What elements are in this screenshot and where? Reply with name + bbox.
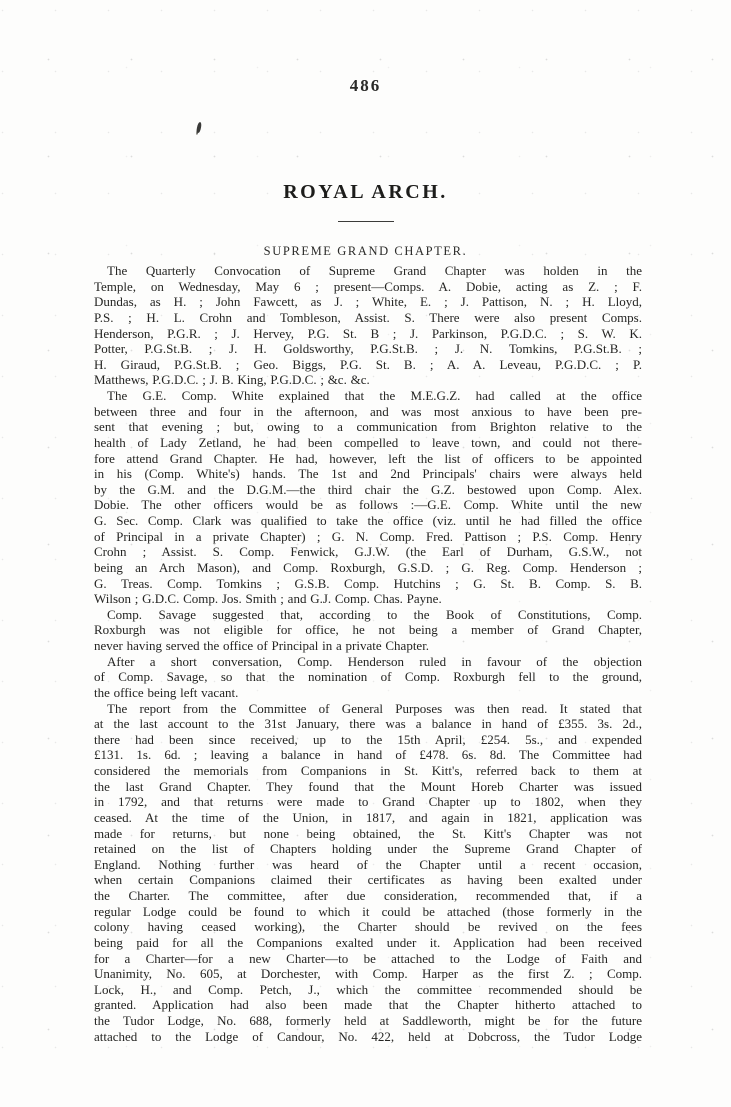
text-line: granted. Application had also been made … <box>94 997 642 1013</box>
body-text: The Quarterly Convocation of Supreme Gra… <box>94 263 642 1044</box>
text-line: being an Arch Mason), and Comp. Roxburgh… <box>94 560 642 576</box>
text-line: H. Giraud, P.G.St.B. ; Geo. Biggs, P.G. … <box>94 357 642 373</box>
text-line: Matthews, P.G.D.C. ; J. B. King, P.G.D.C… <box>94 372 642 388</box>
text-line: Potter, P.G.St.B. ; J. H. Goldsworthy, P… <box>94 341 642 357</box>
text-line: in his (Comp. White's) hands. The 1st an… <box>94 466 642 482</box>
text-line: in 1792, and that returns were made to G… <box>94 794 642 810</box>
text-line: ceased. At the time of the Union, in 181… <box>94 810 642 826</box>
text-line: attached to the Lodge of Candour, No. 42… <box>94 1029 642 1045</box>
text-line: The G.E. Comp. White explained that the … <box>94 388 642 404</box>
text-line: considered the memorials from Companions… <box>94 763 642 779</box>
text-line: Dundas, as H. ; John Fawcett, as J. ; Wh… <box>94 294 642 310</box>
text-line: between three and four in the afternoon,… <box>94 404 642 420</box>
text-line: the Charter. The committee, after due co… <box>94 888 642 904</box>
text-line: £131. 1s. 6d. ; leaving a balance in han… <box>94 747 642 763</box>
text-line: After a short conversation, Comp. Hender… <box>94 654 642 670</box>
text-line: at the last account to the 31st January,… <box>94 716 642 732</box>
text-line: Unanimity, No. 605, at Dorchester, with … <box>94 966 642 982</box>
text-line: The Quarterly Convocation of Supreme Gra… <box>94 263 642 279</box>
text-line: made for returns, but none being obtaine… <box>94 826 642 842</box>
text-line: The report from the Committee of General… <box>94 701 642 717</box>
paragraph: The G.E. Comp. White explained that the … <box>94 388 642 607</box>
paragraph: After a short conversation, Comp. Hender… <box>94 654 642 701</box>
text-line: when certain Companions claimed their ce… <box>94 872 642 888</box>
ink-speck <box>196 122 201 133</box>
page-number: 486 <box>0 76 731 96</box>
text-line: the last Grand Chapter. They found that … <box>94 779 642 795</box>
text-line: for a Charter—for a new Charter—to be at… <box>94 951 642 967</box>
text-line: Temple, on Wednesday, May 6 ; present—Co… <box>94 279 642 295</box>
text-line: Wilson ; G.D.C. Comp. Jos. Smith ; and G… <box>94 591 642 607</box>
text-line: G. Sec. Comp. Clark was qualified to tak… <box>94 513 642 529</box>
scanned-document-page: 486 ROYAL ARCH. SUPREME GRAND CHAPTER. T… <box>0 0 731 1107</box>
text-line: England. Nothing further was heard of th… <box>94 857 642 873</box>
text-line: P.S. ; H. L. Crohn and Tombleson, Assist… <box>94 310 642 326</box>
paragraph: The Quarterly Convocation of Supreme Gra… <box>94 263 642 388</box>
text-line: colony having ceased working), the Chart… <box>94 919 642 935</box>
text-line: Dobie. The other officers would be as fo… <box>94 497 642 513</box>
text-line: fore attend Grand Chapter. He had, howev… <box>94 451 642 467</box>
text-line: retained on the list of Chapters holding… <box>94 841 642 857</box>
text-line: the office being left vacant. <box>94 685 642 701</box>
text-line: G. Treas. Comp. Tomkins ; G.S.B. Comp. H… <box>94 576 642 592</box>
text-line: Lock, H., and Comp. Petch, J., which the… <box>94 982 642 998</box>
text-line: Comp. Savage suggested that, according t… <box>94 607 642 623</box>
text-line: Crohn ; Assist. S. Comp. Fenwick, G.J.W.… <box>94 544 642 560</box>
text-line: being paid for all the Companions exalte… <box>94 935 642 951</box>
text-line: health of Lady Zetland, he had been comp… <box>94 435 642 451</box>
text-line: sent that evening ; but, owing to a comm… <box>94 419 642 435</box>
title-rule <box>338 221 394 222</box>
text-line: there had been since received, up to the… <box>94 732 642 748</box>
text-line: the Tudor Lodge, No. 688, formerly held … <box>94 1013 642 1029</box>
text-line: never having served the office of Princi… <box>94 638 642 654</box>
article-subtitle: SUPREME GRAND CHAPTER. <box>0 244 731 259</box>
text-line: Roxburgh was not eligible for office, he… <box>94 622 642 638</box>
text-line: of Principal in a private Chapter) ; G. … <box>94 529 642 545</box>
text-line: by the G.M. and the D.G.M.—the third cha… <box>94 482 642 498</box>
text-line: of Comp. Savage, so that the nomination … <box>94 669 642 685</box>
paragraph: The report from the Committee of General… <box>94 701 642 1045</box>
text-line: Henderson, P.G.R. ; J. Hervey, P.G. St. … <box>94 326 642 342</box>
paragraph: Comp. Savage suggested that, according t… <box>94 607 642 654</box>
article-title: ROYAL ARCH. <box>0 181 731 204</box>
text-line: regular Lodge could be found to which it… <box>94 904 642 920</box>
